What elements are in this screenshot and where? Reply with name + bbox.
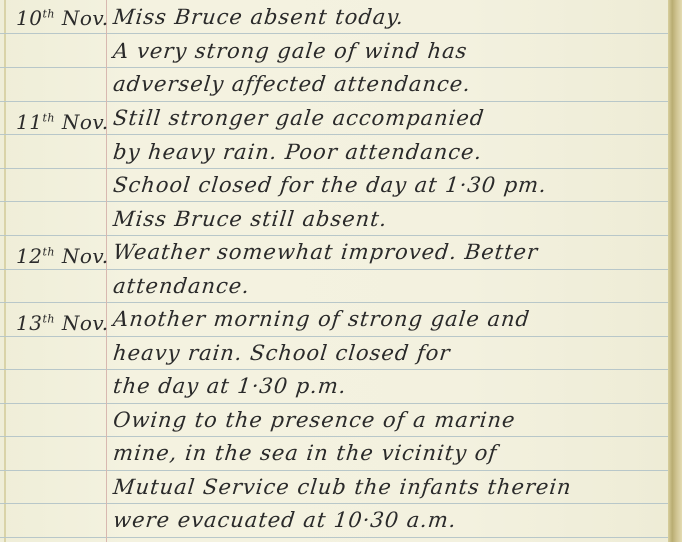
- entry-line: mine, in the sea in the vicinity of: [112, 441, 499, 465]
- entry-date: 11th Nov.: [16, 110, 109, 134]
- ruled-line: [0, 168, 668, 169]
- margin-line: [106, 0, 107, 542]
- ruled-line: [0, 336, 668, 337]
- entry-date: 13th Nov.: [16, 311, 109, 335]
- entry-line: Weather somewhat improved. Better: [112, 240, 539, 264]
- entry-line: Another morning of strong gale and: [112, 307, 531, 331]
- ruled-line: [0, 269, 668, 270]
- book-spine-edge: [668, 0, 682, 542]
- ruled-line: [0, 101, 668, 102]
- entry-line: Miss Bruce absent today.: [112, 5, 405, 29]
- ruled-line: [0, 302, 668, 303]
- entry-line: Miss Bruce still absent.: [112, 207, 389, 231]
- ruled-line: [0, 235, 668, 236]
- ruled-line: [0, 134, 668, 135]
- entry-line: by heavy rain. Poor attendance.: [112, 140, 484, 164]
- page-left-edge: [4, 0, 6, 542]
- entry-line: Owing to the presence of a marine: [112, 408, 517, 432]
- log-book-page: 10th Nov. Miss Bruce absent today. A ver…: [0, 0, 668, 542]
- ruled-line: [0, 403, 668, 404]
- ruled-line: [0, 369, 668, 370]
- entry-line: adversely affected attendance.: [112, 72, 472, 96]
- ruled-line: [0, 503, 668, 504]
- entry-line: attendance.: [112, 274, 251, 298]
- entry-line: Still stronger gale accompanied: [112, 106, 486, 130]
- ruled-line: [0, 201, 668, 202]
- entry-line: heavy rain. School closed for: [112, 341, 452, 365]
- entry-date: 10th Nov.: [16, 6, 109, 30]
- ruled-line: [0, 436, 668, 437]
- entry-date: 12th Nov.: [16, 244, 109, 268]
- entry-line: A very strong gale of wind has: [112, 39, 469, 63]
- ruled-line: [0, 537, 668, 538]
- ruled-line: [0, 33, 668, 34]
- entry-line: the day at 1·30 p.m.: [112, 374, 348, 398]
- entry-line: Mutual Service club the infants therein: [112, 475, 573, 499]
- ruled-line: [0, 470, 668, 471]
- ruled-line: [0, 67, 668, 68]
- entry-line: School closed for the day at 1·30 pm.: [112, 173, 548, 197]
- entry-line: were evacuated at 10·30 a.m.: [112, 508, 458, 532]
